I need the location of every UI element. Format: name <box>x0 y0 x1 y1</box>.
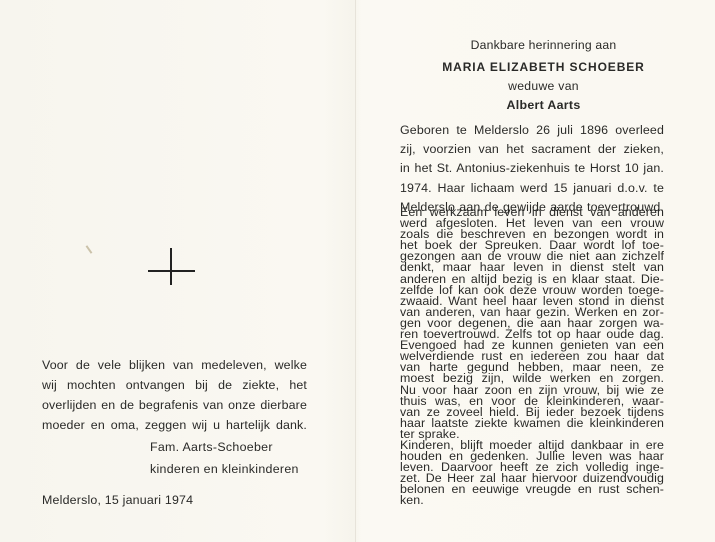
memorial-header: Dankbare herinnering aan MARIA ELIZABETH… <box>356 38 715 112</box>
thanks-line: moeder en oma, zeggen wij u hartelijk da… <box>42 415 307 435</box>
bio-line: 1974. Haar lichaam werd 15 januari d.o.v… <box>400 179 664 198</box>
tribute-text: Een werkzaam leven in dienst van anderen… <box>400 207 664 507</box>
cross-horizontal-bar <box>148 270 195 272</box>
signature-family: Fam. Aarts-Schoeber <box>150 436 299 458</box>
biography: Geboren te Melderslo 26 juli 1896 overle… <box>400 121 664 217</box>
cross-vertical-bar <box>170 248 172 285</box>
bio-line: in het St. Antonius-ziekenhuis te Horst … <box>400 159 664 178</box>
left-panel: Voor de vele blijken van medeleven, welk… <box>0 0 355 542</box>
paper-speck <box>86 245 93 254</box>
thanks-line: overlijden en de begrafenis van onze die… <box>42 395 307 415</box>
thank-you-message: Voor de vele blijken van medeleven, welk… <box>42 355 307 435</box>
bio-line: Geboren te Melderslo 26 juli 1896 overle… <box>400 121 664 140</box>
widow-of-text: weduwe van <box>372 79 715 98</box>
tribute-line: ken. <box>400 495 664 506</box>
husband-name: Albert Aarts <box>372 98 715 112</box>
thanks-line: Voor de vele blijken van medeleven, welk… <box>42 355 307 375</box>
tribute-line: belonen en eeuwige vreugde en rust schen… <box>400 484 664 495</box>
thanks-line: wij mochten ontvangen bij de ziekte, het <box>42 375 307 395</box>
place-date: Melderslo, 15 januari 1974 <box>42 493 193 507</box>
family-signature: Fam. Aarts-Schoeber kinderen en kleinkin… <box>150 436 299 480</box>
bio-line: zij, voorzien van het sacrament der ziek… <box>400 140 664 159</box>
signature-children: kinderen en kleinkinderen <box>150 458 299 480</box>
memorial-card: Voor de vele blijken van medeleven, welk… <box>0 0 715 542</box>
right-panel: Dankbare herinnering aan MARIA ELIZABETH… <box>356 0 715 542</box>
intro-text: Dankbare herinnering aan <box>372 38 715 60</box>
cross-icon <box>148 248 195 285</box>
deceased-name: MARIA ELIZABETH SCHOEBER <box>372 60 715 79</box>
